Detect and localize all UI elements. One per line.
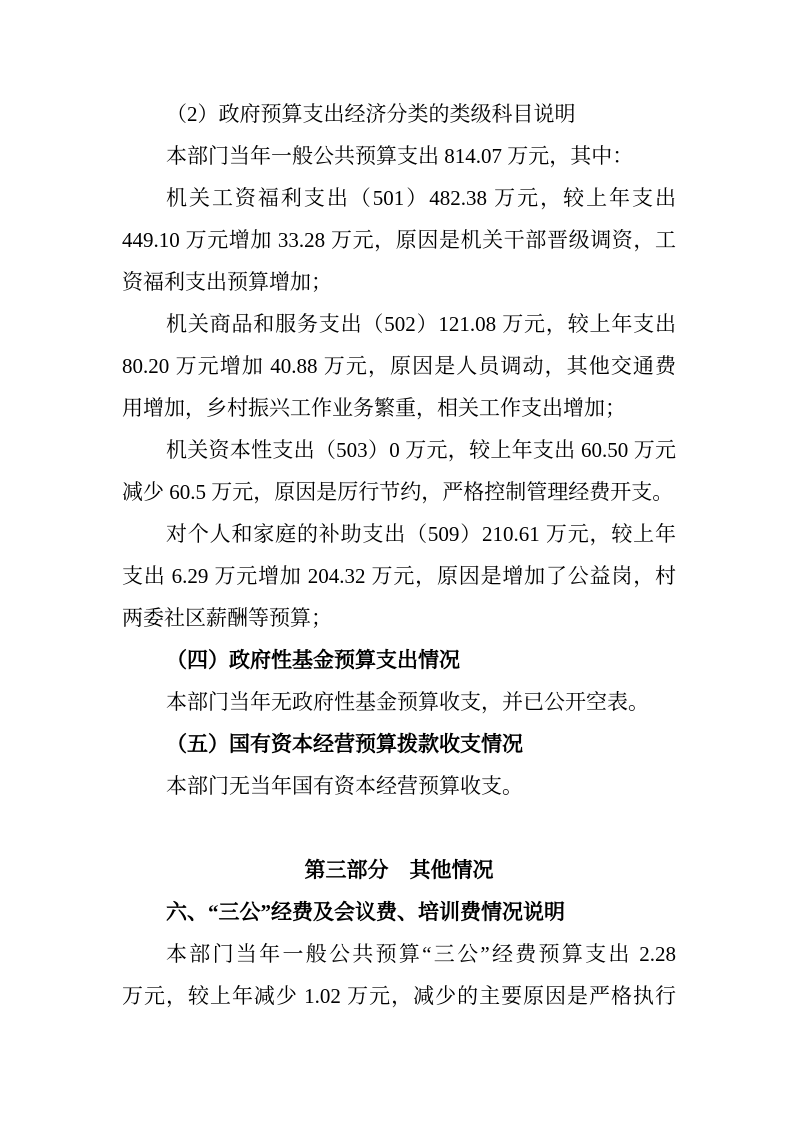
para-goods-services-line-3: 用增加，乡村振兴工作业务繁重，相关工作支出增加；: [122, 387, 676, 429]
para-wage-welfare-line-2: 449.10 万元增加 33.28 万元，原因是机关干部晋级调资，工: [122, 219, 676, 261]
para-three-public-line-1: 本部门当年一般公共预算“三公”经费预算支出 2.28: [122, 933, 676, 975]
para-subsidy-line-1: 对个人和家庭的补助支出（509）210.61 万元，较上年: [122, 513, 676, 555]
para-subsidy-line-2: 支出 6.29 万元增加 204.32 万元，原因是增加了公益岗，村: [122, 555, 676, 597]
para-gov-fund-none: 本部门当年无政府性基金预算收支，并已公开空表。: [122, 681, 676, 723]
para-goods-services-line-2: 80.20 万元增加 40.88 万元，原因是人员调动，其他交通费: [122, 345, 676, 387]
heading-section-6-three-public: 六、“三公”经费及会议费、培训费情况说明: [122, 891, 676, 933]
para-wage-welfare-line-1: 机关工资福利支出（501）482.38 万元，较上年支出: [122, 177, 676, 219]
heading-section-5-state-capital: （五）国有资本经营预算拨款收支情况: [122, 723, 676, 765]
part-3-title: 第三部分 其他情况: [122, 849, 676, 891]
para-capital-expense-line-2: 减少 60.5 万元，原因是厉行节约，严格控制管理经费开支。: [122, 471, 676, 513]
document-content: （2）政府预算支出经济分类的类级科目说明 本部门当年一般公共预算支出 814.0…: [122, 93, 676, 1017]
blank-line: [122, 807, 676, 849]
heading-section-4-gov-fund: （四）政府性基金预算支出情况: [122, 639, 676, 681]
para-goods-services-line-1: 机关商品和服务支出（502）121.08 万元，较上年支出: [122, 303, 676, 345]
para-state-capital-none: 本部门无当年国有资本经营预算收支。: [122, 765, 676, 807]
document-page: （2）政府预算支出经济分类的类级科目说明 本部门当年一般公共预算支出 814.0…: [0, 0, 793, 1122]
para-three-public-line-2: 万元，较上年减少 1.02 万元，减少的主要原因是严格执行: [122, 975, 676, 1017]
subheading-econ-class-explain: （2）政府预算支出经济分类的类级科目说明: [122, 93, 676, 135]
para-budget-total-line: 本部门当年一般公共预算支出 814.07 万元，其中：: [122, 135, 676, 177]
para-subsidy-line-3: 两委社区薪酬等预算；: [122, 597, 676, 639]
para-capital-expense-line-1: 机关资本性支出（503）0 万元，较上年支出 60.50 万元: [122, 429, 676, 471]
para-wage-welfare-line-3: 资福利支出预算增加；: [122, 261, 676, 303]
